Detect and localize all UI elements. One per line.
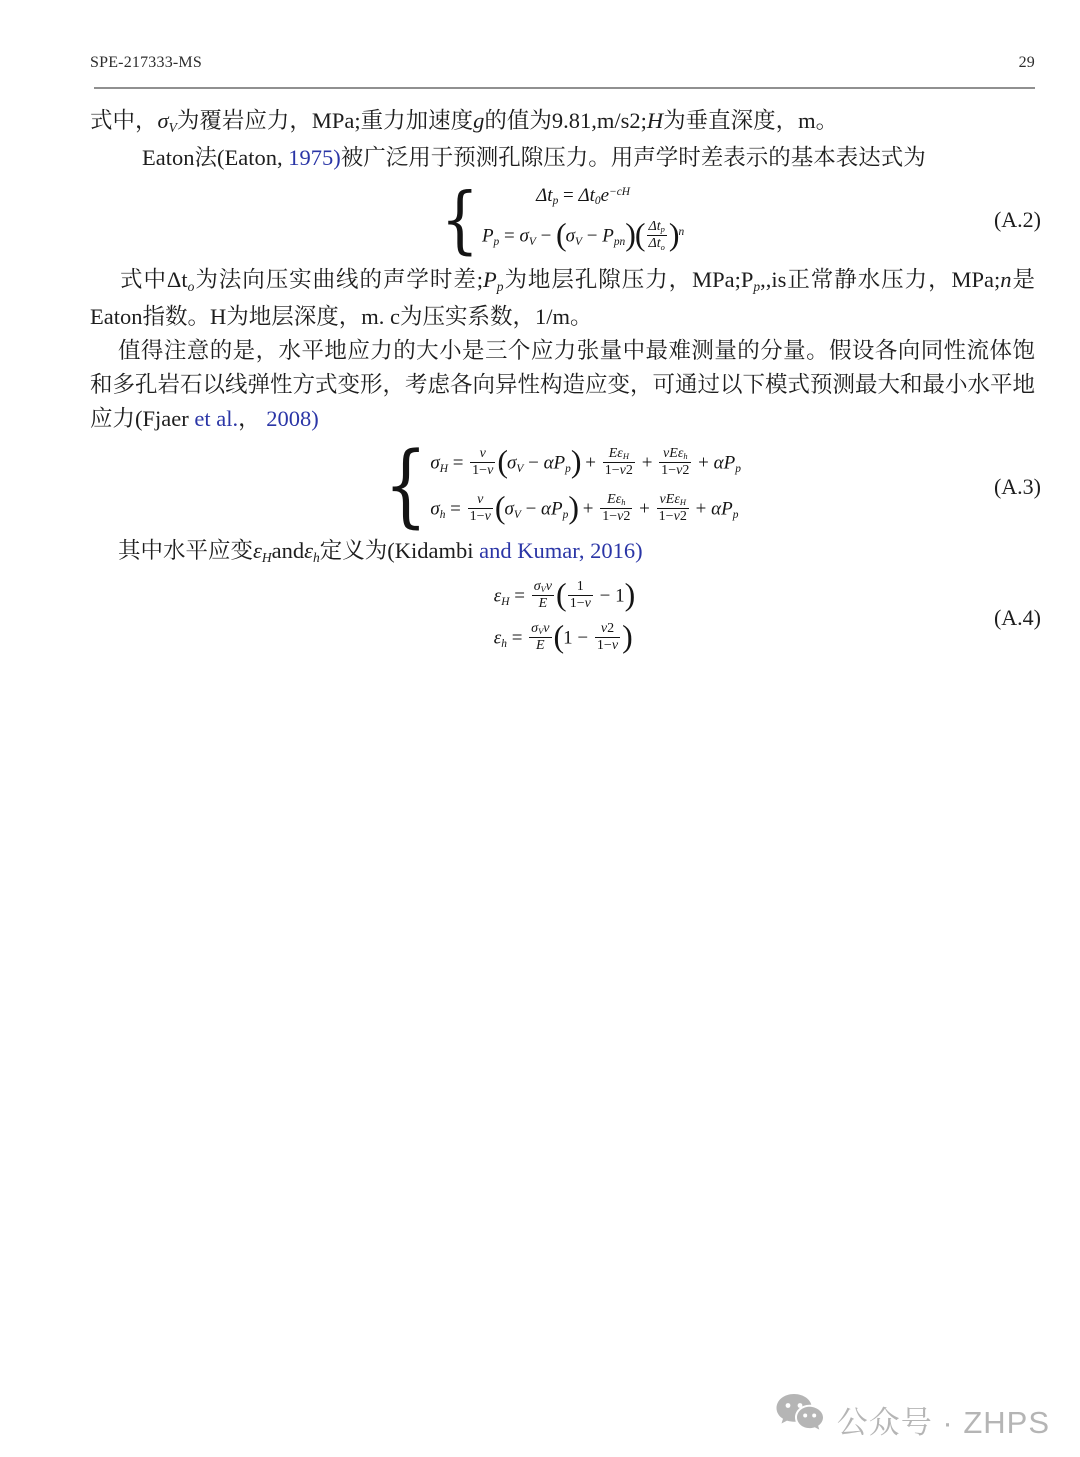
text-run: (: [635, 217, 645, 252]
text-run: v: [485, 508, 491, 524]
fraction-denominator: 1−v2: [600, 509, 632, 525]
text-run: =: [507, 627, 527, 648]
text-run: h: [313, 550, 320, 565]
text-run: p: [735, 463, 741, 475]
text-run: (: [556, 577, 566, 612]
fraction: v1−v: [468, 492, 493, 526]
left-brace-icon: {: [384, 442, 427, 532]
fraction: σVvE: [532, 579, 554, 613]
page-header: SPE-217333-MS 29: [90, 54, 1035, 72]
fraction: 11−v: [568, 579, 593, 613]
text-run: H: [647, 108, 663, 133]
paragraph-strain-definition: 其中水平应变εHandεh定义为(Kidambi and Kumar, 2016…: [90, 534, 1035, 571]
text-run: g: [473, 108, 484, 133]
text-run: +: [581, 452, 601, 473]
fraction-numerator: Eεh: [600, 492, 632, 510]
text-run: V: [575, 236, 582, 248]
text-run: p: [497, 279, 504, 294]
text-run: 1−: [659, 508, 674, 524]
text-run: V: [529, 236, 536, 248]
equation-a2: { Δtp = Δt0e−cH Pp = σV − (σV − Ppn)(Δtp…: [90, 185, 1035, 255]
text-run: ): [622, 619, 632, 654]
fraction: vEεh1−v2: [659, 446, 691, 480]
text-run: pn: [614, 236, 625, 248]
fraction: Eεh1−v2: [600, 492, 632, 526]
text-run: 1: [577, 578, 584, 594]
text-run: +: [691, 498, 711, 519]
equation-a3-line1: σH = v1−v(σV − αPp) + EεH1−v2 + vEεh1−v2…: [430, 446, 741, 482]
text-run: σ: [430, 452, 439, 473]
text-run: 1−: [605, 462, 620, 478]
text-run: H: [501, 596, 509, 608]
text-run: 为覆岩应力，MPa;重力加速度: [177, 108, 473, 133]
equation-a4-line2: εh = σVvE(1 − v21−v): [494, 621, 632, 657]
text-run: ,,is正常静水压力，MPa;: [760, 267, 1000, 292]
text-run: v: [543, 620, 549, 636]
text-run: αP: [714, 452, 736, 473]
text-run: o: [661, 242, 665, 252]
text-run: −: [582, 225, 602, 246]
fraction: v21−v: [595, 621, 620, 655]
text-run: 定义为(Kidambi: [320, 538, 479, 563]
text-run: −: [536, 225, 556, 246]
fraction-denominator: 1−v2: [659, 463, 691, 479]
text-run: =: [445, 498, 465, 519]
fraction-denominator: E: [532, 596, 554, 612]
text-run: 1−: [570, 595, 585, 611]
text-run: 为地层孔隙压力，MPa;P: [504, 267, 754, 292]
paragraph-horizontal-stress: 值得注意的是，水平地应力的大小是三个应力张量中最难测量的分量。假设各向同性流体饱…: [90, 334, 1035, 436]
text-run: Δt: [649, 218, 661, 234]
text-run: 2: [682, 462, 689, 478]
text-run: n: [1000, 267, 1011, 292]
text-run: v: [585, 595, 591, 611]
page-body: 式中，σV为覆岩应力，MPa;重力加速度g的值为9.81,m/s2;H为垂直深度…: [90, 104, 1035, 665]
text-run: ): [625, 217, 635, 252]
text-run: ，: [238, 406, 266, 431]
fraction-denominator: 1−v2: [603, 463, 635, 479]
text-run: Δt: [536, 185, 552, 206]
text-run: V: [169, 120, 177, 135]
text-run: p: [565, 463, 571, 475]
text-run: 的值为9.81,m/s2;: [484, 108, 647, 133]
fraction-numerator: Δtp: [647, 219, 667, 237]
text-run: 2: [680, 508, 687, 524]
text-run: σ: [566, 225, 575, 246]
text-run: 2: [607, 620, 614, 636]
text-run: +: [578, 498, 598, 519]
fraction-numerator: vEεH: [657, 492, 689, 510]
equation-a3-label: (A.3): [994, 474, 1041, 500]
fraction-numerator: σVv: [529, 621, 551, 639]
wechat-icon: [775, 1393, 825, 1445]
equation-a3-line2: σh = v1−v(σV − αPp) + Eεh1−v2 + vEεH1−v2…: [430, 492, 738, 528]
fraction-denominator: 1−v2: [657, 509, 689, 525]
citation-link[interactable]: et al.: [194, 406, 238, 431]
text-run: 为垂直深度，m。: [663, 108, 838, 133]
text-run: (: [554, 619, 564, 654]
text-run: V: [538, 626, 543, 636]
text-run: vEε: [663, 445, 683, 461]
text-run: −: [523, 452, 543, 473]
text-run: Eε: [607, 491, 621, 507]
equation-a3-lines: σH = v1−v(σV − αPp) + EεH1−v2 + vEεh1−v2…: [430, 446, 741, 528]
fraction: σVvE: [529, 621, 551, 655]
text-run: h: [683, 451, 687, 461]
left-brace-icon: {: [441, 183, 479, 256]
fraction-denominator: 1−v: [568, 596, 593, 612]
text-run: =: [448, 452, 468, 473]
text-run: 0: [595, 195, 601, 207]
text-run: +: [637, 452, 657, 473]
text-run: =: [509, 585, 529, 606]
text-run: H: [623, 451, 629, 461]
fraction-numerator: v: [468, 492, 493, 510]
paragraph-overburden-stress: 式中，σV为覆岩应力，MPa;重力加速度g的值为9.81,m/s2;H为垂直深度…: [90, 104, 1035, 141]
text-run: 1−: [472, 462, 487, 478]
paper-page: SPE-217333-MS 29 式中，σV为覆岩应力，MPa;重力加速度g的值…: [0, 0, 1080, 1457]
text-run: 为法向压实曲线的声学时差;: [194, 267, 483, 292]
text-run: Eaton法(Eaton,: [142, 145, 288, 170]
equation-a3: { σH = v1−v(σV − αPp) + EεH1−v2 + vEεh1−…: [90, 446, 1035, 528]
text-run: e: [601, 185, 609, 206]
fraction: vEεH1−v2: [657, 492, 689, 526]
text-run: o: [188, 279, 195, 294]
text-run: P: [482, 225, 494, 246]
text-run: p: [733, 509, 739, 521]
paragraph-eaton-terms: 式中Δto为法向压实曲线的声学时差;Pp为地层孔隙压力，MPa;Pp,,is正常…: [90, 263, 1035, 334]
text-run: p: [753, 279, 760, 294]
text-run: +: [634, 498, 654, 519]
text-run: 1−: [470, 508, 485, 524]
text-run: σ: [519, 225, 528, 246]
text-run: v: [546, 578, 552, 594]
watermark: 公众号 · ZHPS: [775, 1393, 1050, 1445]
equation-a4-body: εH = σVvE(11−v − 1) εh = σVvE(1 − v21−v): [491, 579, 635, 657]
text-run: αP: [544, 452, 566, 473]
text-run: 1 −: [563, 627, 593, 648]
text-run: H: [262, 550, 272, 565]
equation-a4-lines: εH = σVvE(11−v − 1) εh = σVvE(1 − v21−v): [494, 579, 635, 657]
fraction: ΔtpΔto: [647, 219, 667, 253]
text-run: V: [516, 463, 523, 475]
fraction-numerator: σVv: [532, 579, 554, 597]
text-run: E: [536, 637, 545, 653]
text-run: h: [621, 497, 625, 507]
text-run: 1−: [602, 508, 617, 524]
equation-a2-body: { Δtp = Δt0e−cH Pp = σV − (σV − Ppn)(Δtp…: [441, 185, 684, 255]
text-run: 1−: [597, 637, 612, 653]
equation-a2-line1: Δtp = Δt0e−cH: [536, 185, 630, 207]
text-run: V: [541, 584, 546, 594]
equation-a4: εH = σVvE(11−v − 1) εh = σVvE(1 − v21−v)…: [90, 579, 1035, 657]
text-run: σ: [504, 498, 513, 519]
text-run: (: [497, 444, 507, 479]
fraction-numerator: v2: [595, 621, 620, 639]
text-run: and: [272, 538, 305, 563]
text-run: v: [612, 637, 618, 653]
equation-a2-lines: Δtp = Δt0e−cH Pp = σV − (σV − Ppn)(ΔtpΔt…: [482, 185, 684, 255]
fraction: EεH1−v2: [603, 446, 635, 480]
watermark-text: 公众号 · ZHPS: [837, 1397, 1050, 1442]
text-run: Δt: [649, 235, 661, 251]
text-run: =: [499, 225, 519, 246]
text-run: H: [440, 463, 448, 475]
text-run: v: [480, 445, 486, 461]
text-run: −: [521, 498, 541, 519]
fraction-denominator: 1−v: [468, 509, 493, 525]
text-run: P: [602, 225, 614, 246]
text-run: ): [625, 577, 635, 612]
text-run: p: [661, 224, 665, 234]
equation-a4-label: (A.4): [994, 605, 1041, 631]
fraction-denominator: 1−v: [595, 638, 620, 654]
text-run: n: [679, 226, 685, 238]
fraction-numerator: v: [470, 446, 495, 464]
text-run: 式中Δt: [120, 267, 188, 292]
text-run: (: [556, 217, 566, 252]
fraction-numerator: EεH: [603, 446, 635, 464]
text-run: p: [553, 195, 559, 207]
citation-link[interactable]: 1975): [288, 145, 341, 170]
equation-a2-line2: Pp = σV − (σV − Ppn)(ΔtpΔto)n: [482, 219, 684, 255]
text-run: ): [568, 490, 578, 525]
text-run: P: [483, 267, 497, 292]
text-run: =: [558, 185, 578, 206]
text-run: H: [680, 497, 686, 507]
text-run: h: [501, 638, 507, 650]
text-run: 2: [623, 508, 630, 524]
fraction-numerator: vEεh: [659, 446, 691, 464]
text-run: p: [494, 236, 500, 248]
text-run: v: [487, 462, 493, 478]
text-run: V: [514, 509, 521, 521]
text-run: Δt: [578, 185, 594, 206]
text-run: ): [669, 217, 679, 252]
text-run: Eε: [609, 445, 623, 461]
equation-a3-body: { σH = v1−v(σV − αPp) + EεH1−v2 + vEεh1−…: [384, 446, 741, 528]
text-run: σ: [158, 108, 169, 133]
equation-a4-line1: εH = σVvE(11−v − 1): [494, 579, 635, 615]
text-run: σ: [430, 498, 439, 519]
text-run: αP: [541, 498, 563, 519]
text-run: ): [571, 444, 581, 479]
text-run: h: [440, 509, 446, 521]
text-run: 被广泛用于预测孔隙压力。用声学时差表示的基本表达式为: [341, 145, 926, 170]
equation-a2-label: (A.2): [994, 207, 1041, 233]
citation-link[interactable]: 2008): [266, 406, 319, 431]
page-number: 29: [1019, 54, 1035, 72]
text-run: ε: [304, 538, 313, 563]
text-run: ε: [253, 538, 262, 563]
text-run: (: [495, 490, 505, 525]
text-run: − 1: [595, 585, 625, 606]
text-run: v: [477, 491, 483, 507]
text-run: αP: [711, 498, 733, 519]
text-run: E: [539, 595, 548, 611]
fraction-denominator: 1−v: [470, 463, 495, 479]
text-run: 2: [626, 462, 633, 478]
text-run: −cH: [609, 186, 630, 198]
header-divider: [94, 87, 1035, 89]
text-run: +: [693, 452, 713, 473]
paragraph-eaton-method: Eaton法(Eaton, 1975)被广泛用于预测孔隙压力。用声学时差表示的基…: [90, 141, 1035, 175]
document-id: SPE-217333-MS: [90, 54, 202, 72]
citation-link[interactable]: and Kumar, 2016): [479, 538, 642, 563]
text-run: 式中，: [90, 108, 158, 133]
fraction-denominator: Δto: [647, 236, 667, 252]
text-run: σ: [534, 578, 541, 594]
fraction-numerator: 1: [568, 579, 593, 597]
text-run: 1−: [661, 462, 676, 478]
text-run: σ: [507, 452, 516, 473]
fraction: v1−v: [470, 446, 495, 480]
fraction-denominator: E: [529, 638, 551, 654]
text-run: vEε: [660, 491, 680, 507]
text-run: 其中水平应变: [118, 538, 253, 563]
